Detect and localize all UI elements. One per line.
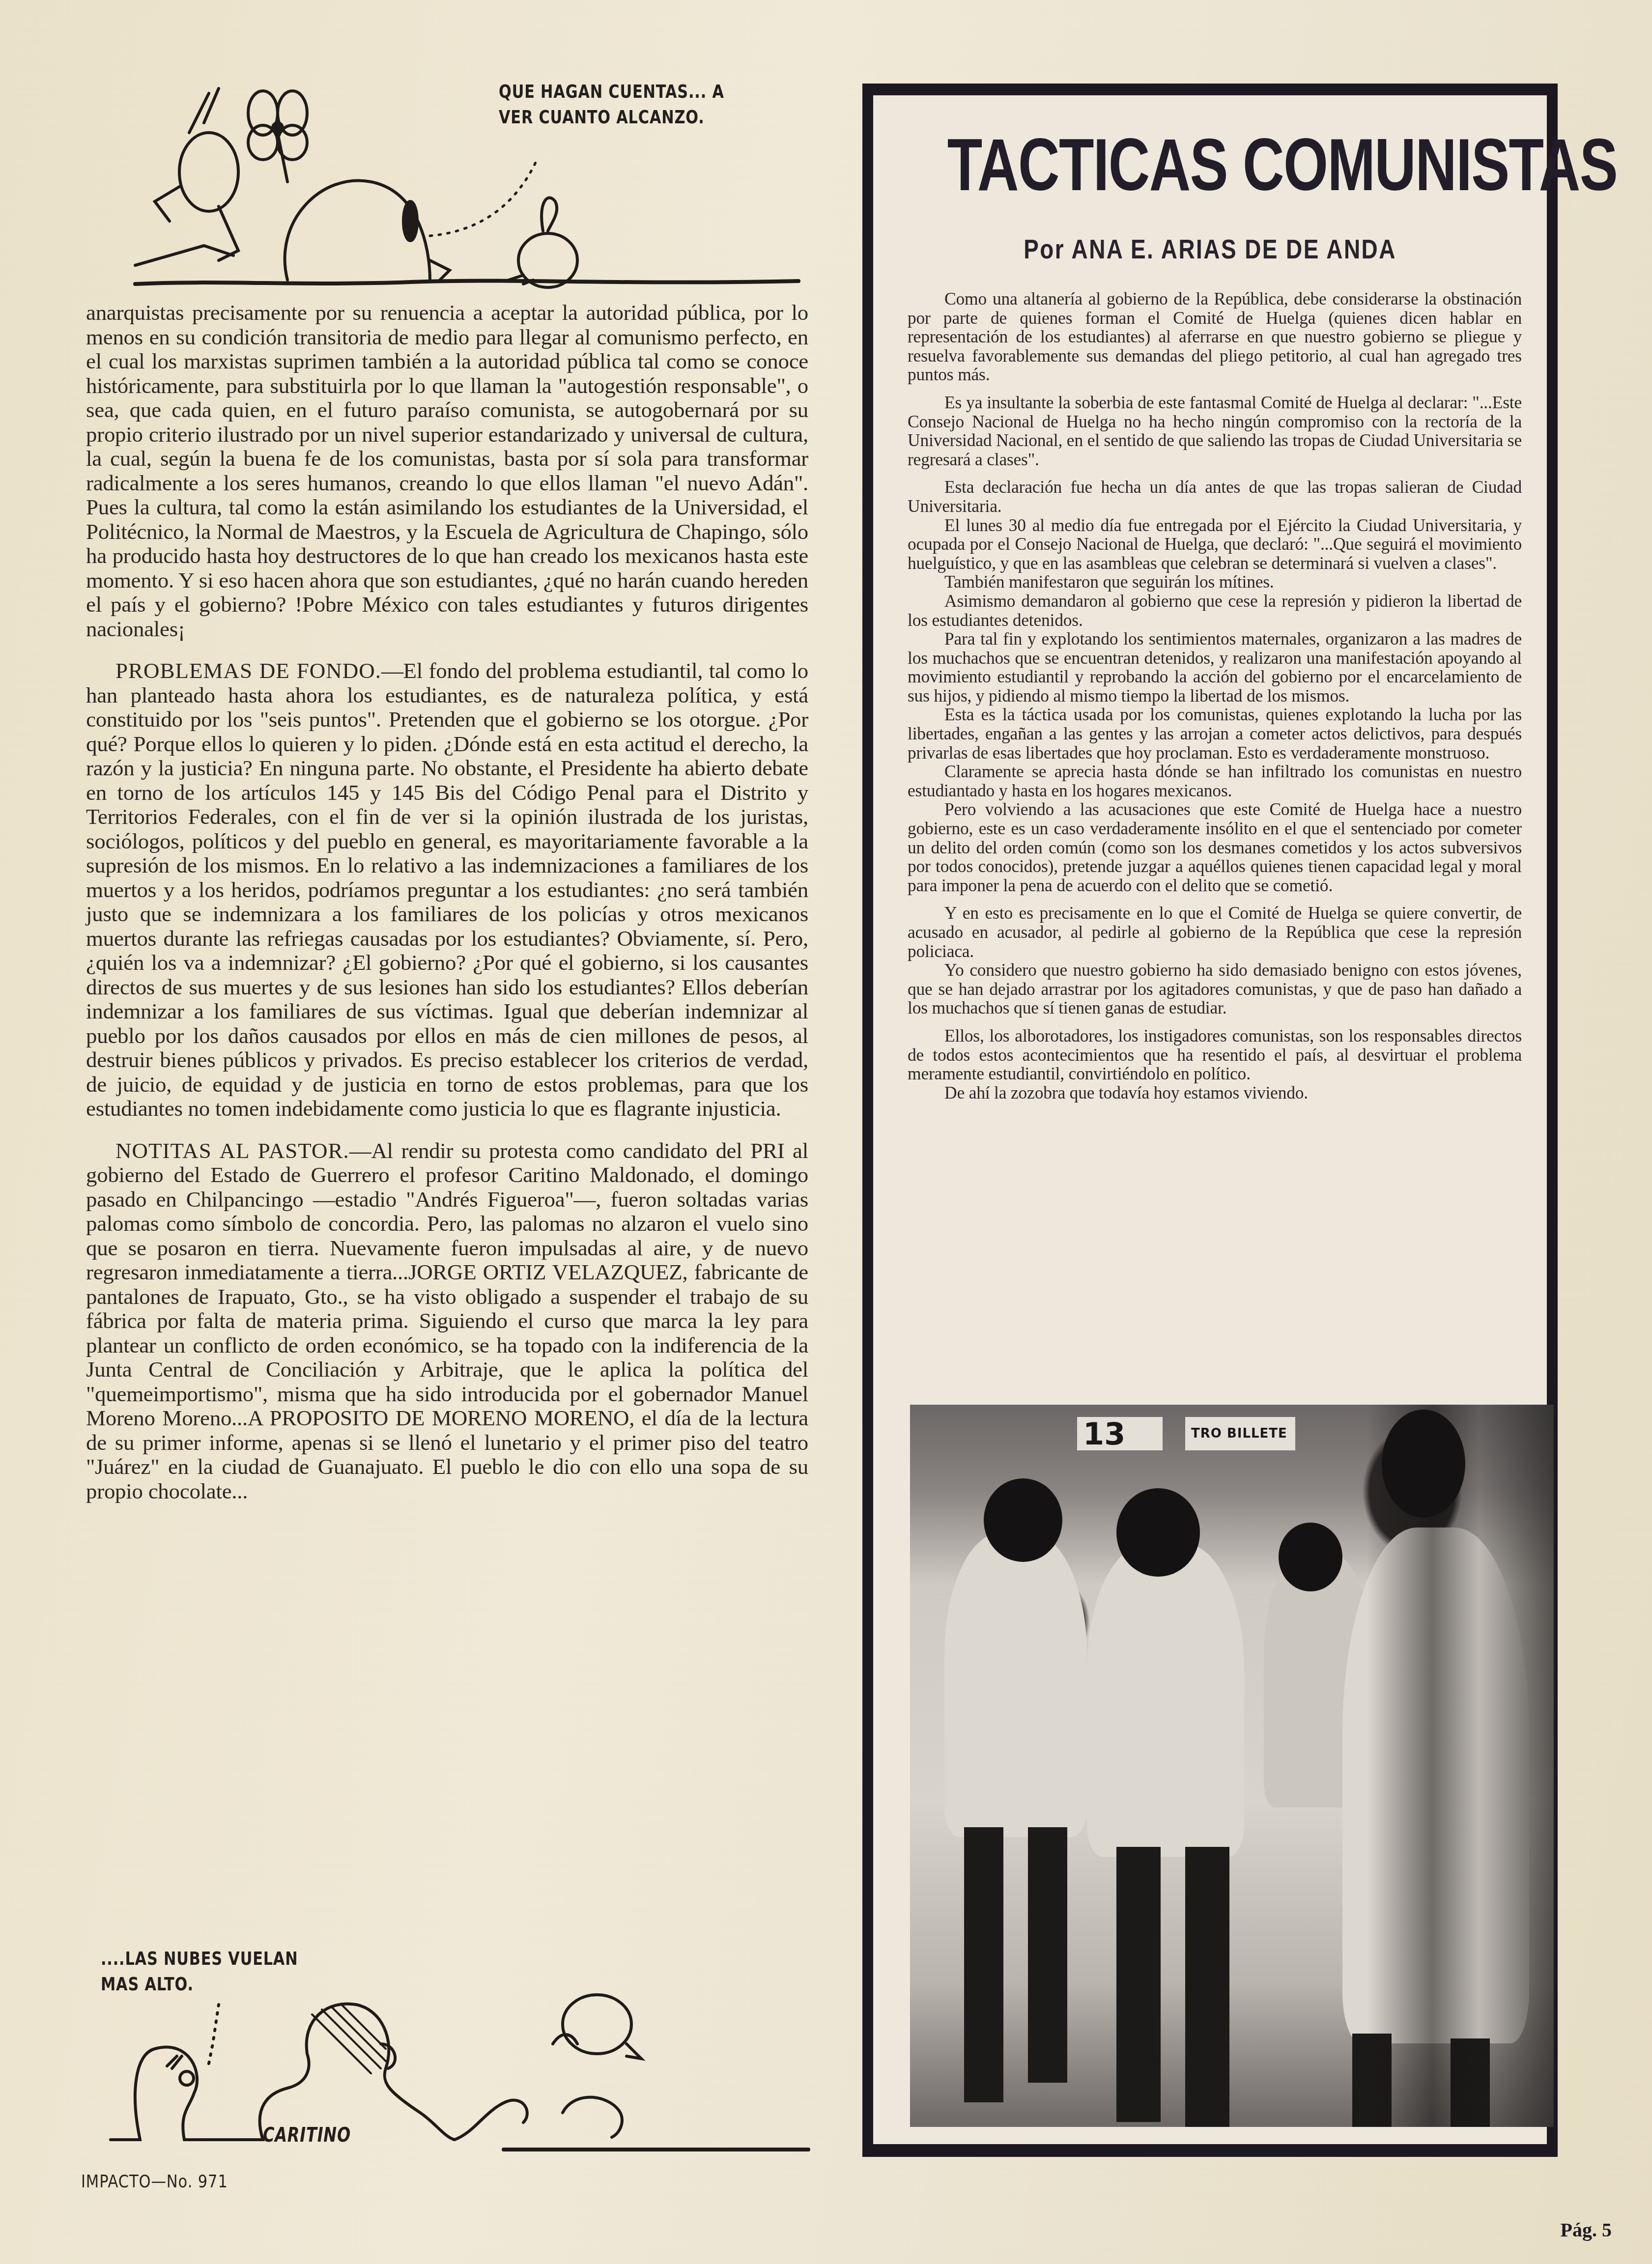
article-paragraph: Asimismo demandaron al gobierno que cese… [908,592,1522,629]
article-byline: Por ANA E. ARIAS DE DE ANDA [934,233,1486,265]
article-photo: 13 TRO BILLETE [910,1405,1554,2127]
article-title: TACTICAS COMUNISTAS [947,122,1473,207]
left-column: QUE HAGAN CUENTAS... A VER CUANTO ALCANZ… [81,0,808,2264]
article-paragraph: Es ya insultante la soberbia de este fan… [908,393,1522,469]
left-paragraph-2: PROBLEMAS DE FONDO.—El fondo del problem… [86,659,808,1121]
bottom-cartoon-caption: ....LAS NUBES VUELAN MAS ALTO. [101,1946,298,1997]
photo-leg [964,1827,1003,2102]
page-number: Pág. 5 [1561,2218,1612,2241]
caritino-label: CARITINO [263,2122,351,2148]
photo-shadow [1367,1405,1554,2127]
issue-footer: IMPACTO—No. 971 [81,2172,228,2192]
photo-figure [1087,1542,1244,1857]
photo-head [1279,1523,1342,1591]
photo-figure [944,1532,1087,1837]
article-paragraph: Para tal fin y explotando los sentimient… [908,629,1522,705]
left-paragraph-3: NOTITAS AL PASTOR.—Al rendir su protesta… [86,1139,808,1504]
article-paragraph: Esta declaración fue hecha un día antes … [908,478,1522,515]
photo-leg [1116,1847,1161,2122]
photo-head [984,1478,1062,1562]
article-paragraph: Como una altanería al gobierno de la Rep… [908,289,1522,384]
section-heading-problemas: PROBLEMAS DE FONDO. [115,658,381,683]
article-paragraph: También manifestaron que seguirán los mí… [908,572,1522,592]
photo-sign-number: 13 [1077,1417,1163,1450]
photo-head [1116,1488,1200,1577]
photo-sign-text: TRO BILLETE [1185,1417,1295,1450]
magazine-page: QUE HAGAN CUENTAS... A VER CUANTO ALCANZ… [0,0,1652,2264]
article-box: TACTICAS COMUNISTAS Por ANA E. ARIAS DE … [862,84,1558,2157]
article-paragraph: Pero volviendo a las acusaciones que est… [908,800,1522,895]
bottom-cartoon: ....LAS NUBES VUELAN MAS ALTO. CARITINO [81,1946,838,2172]
article-paragraph: Yo considero que nuestro gobierno ha sid… [908,961,1522,1018]
article-paragraph: De ahí la zozobra que todavía hoy estamo… [908,1083,1522,1103]
left-column-text: anarquistas precisamente por su renuenci… [86,301,808,1503]
article-paragraph: El lunes 30 al medio día fue entregada p… [908,516,1522,573]
article-paragraph: Y en esto es precisamente en lo que el C… [908,904,1522,961]
top-cartoon-caption: QUE HAGAN CUENTAS... A VER CUANTO ALCANZ… [499,79,724,130]
article-paragraph: Esta es la táctica usada por los comunis… [908,705,1522,762]
left-paragraph-1: anarquistas precisamente por su renuenci… [86,301,808,641]
top-cartoon: QUE HAGAN CUENTAS... A VER CUANTO ALCANZ… [115,74,813,290]
photo-leg [1028,1827,1067,2083]
photo-leg [1185,1847,1229,2127]
article-paragraph: Claramente se aprecia hasta dónde se han… [908,762,1522,800]
article-body: Como una altanería al gobierno de la Rep… [908,289,1522,1102]
section-heading-notitas: NOTITAS AL PASTOR. [115,1138,349,1163]
article-paragraph: Ellos, los alborotadores, los instigador… [908,1026,1522,1083]
